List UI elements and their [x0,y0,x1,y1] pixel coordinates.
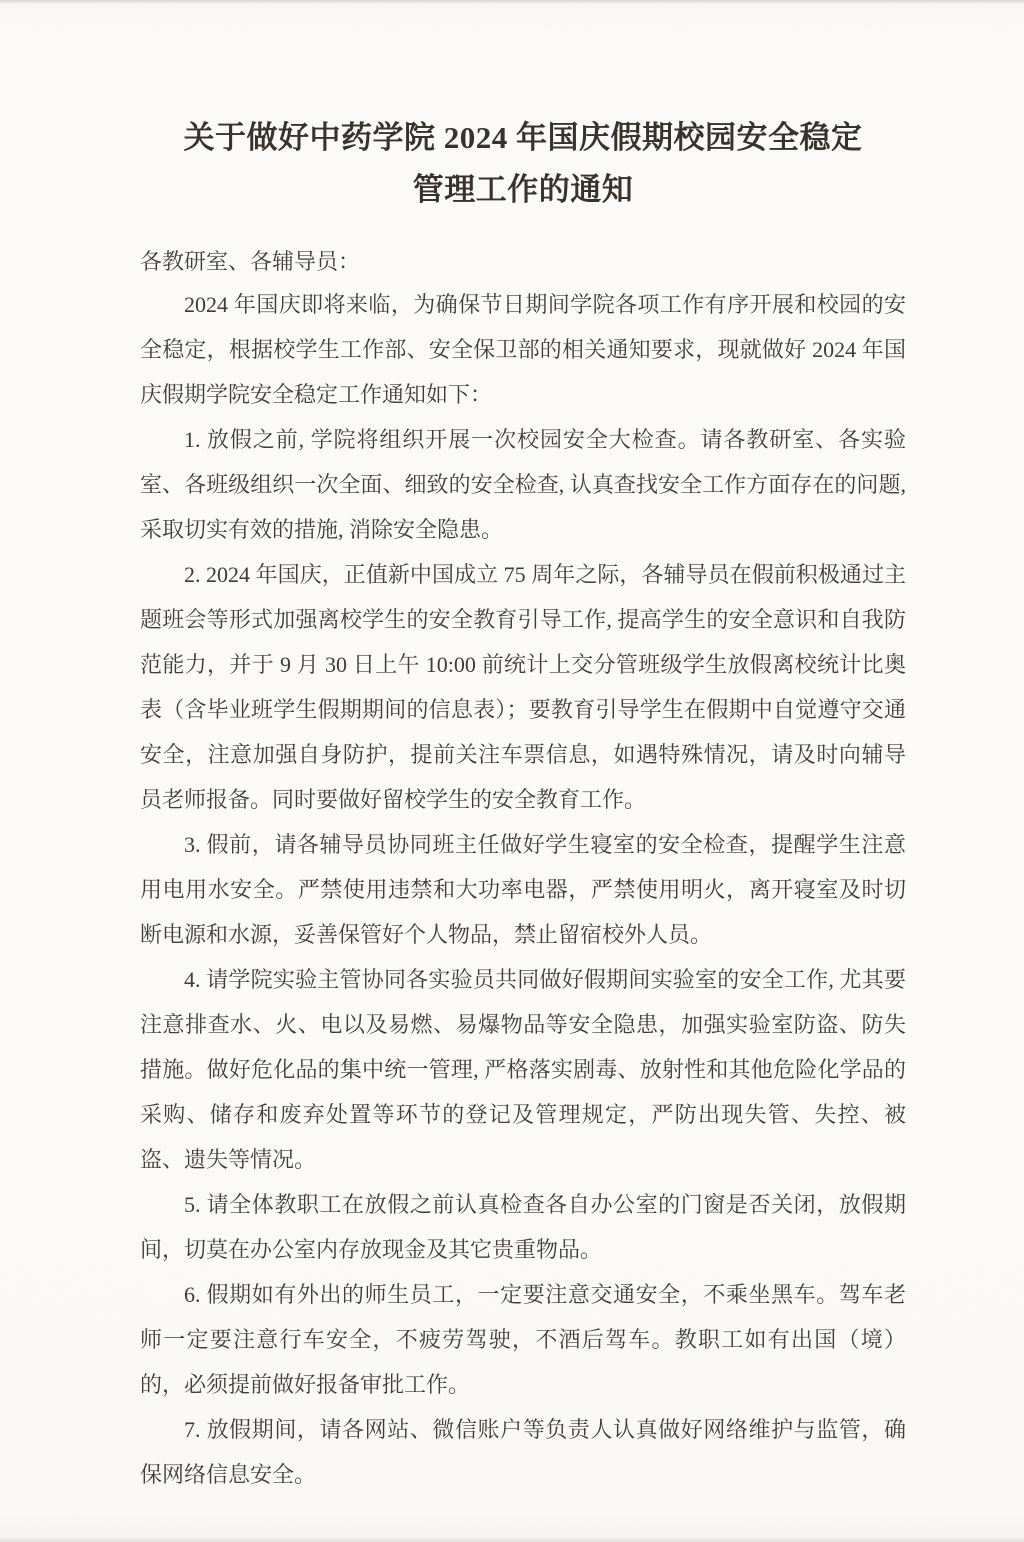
salutation: 各教研室、各辅导员： [140,242,906,282]
paragraph-item-3: 3. 假前，请各辅导员协同班主任做好学生寝室的安全检查，提醒学生注意用电用水安全… [140,822,906,957]
scan-edge-shadow-bottom [0,1537,1024,1542]
document-title-line-2: 管理工作的通知 [140,164,906,216]
paragraph-item-6: 6. 假期如有外出的师生员工，一定要注意交通安全，不乘坐黑车。驾车老师一定要注意… [140,1272,906,1407]
document-page: 关于做好中药学院 2024 年国庆假期校园安全稳定 管理工作的通知 各教研室、各… [0,0,1024,1542]
notice-document: 关于做好中药学院 2024 年国庆假期校园安全稳定 管理工作的通知 各教研室、各… [140,112,906,1497]
document-title-line-1: 关于做好中药学院 2024 年国庆假期校园安全稳定 [140,112,906,164]
document-body: 2024 年国庆即将来临，为确保节日期间学院各项工作有序开展和校园的安全稳定，根… [140,282,906,1497]
scan-edge-shadow-top [0,0,1024,4]
paragraph-item-4: 4. 请学院实验主管协同各实验员共同做好假期间实验室的安全工作, 尤其要注意排查… [140,957,906,1182]
paragraph-intro: 2024 年国庆即将来临，为确保节日期间学院各项工作有序开展和校园的安全稳定，根… [140,282,906,417]
document-title: 关于做好中药学院 2024 年国庆假期校园安全稳定 管理工作的通知 [140,112,906,216]
paragraph-item-2: 2. 2024 年国庆，正值新中国成立 75 周年之际，各辅导员在假前积极通过主… [140,552,906,822]
paragraph-item-5: 5. 请全体教职工在放假之前认真检查各自办公室的门窗是否关闭，放假期间，切莫在办… [140,1182,906,1272]
paragraph-item-1: 1. 放假之前, 学院将组织开展一次校园安全大检查。请各教研室、各实验室、各班级… [140,417,906,552]
paragraph-item-7: 7. 放假期间，请各网站、微信账户等负责人认真做好网络维护与监管，确保网络信息安… [140,1407,906,1497]
